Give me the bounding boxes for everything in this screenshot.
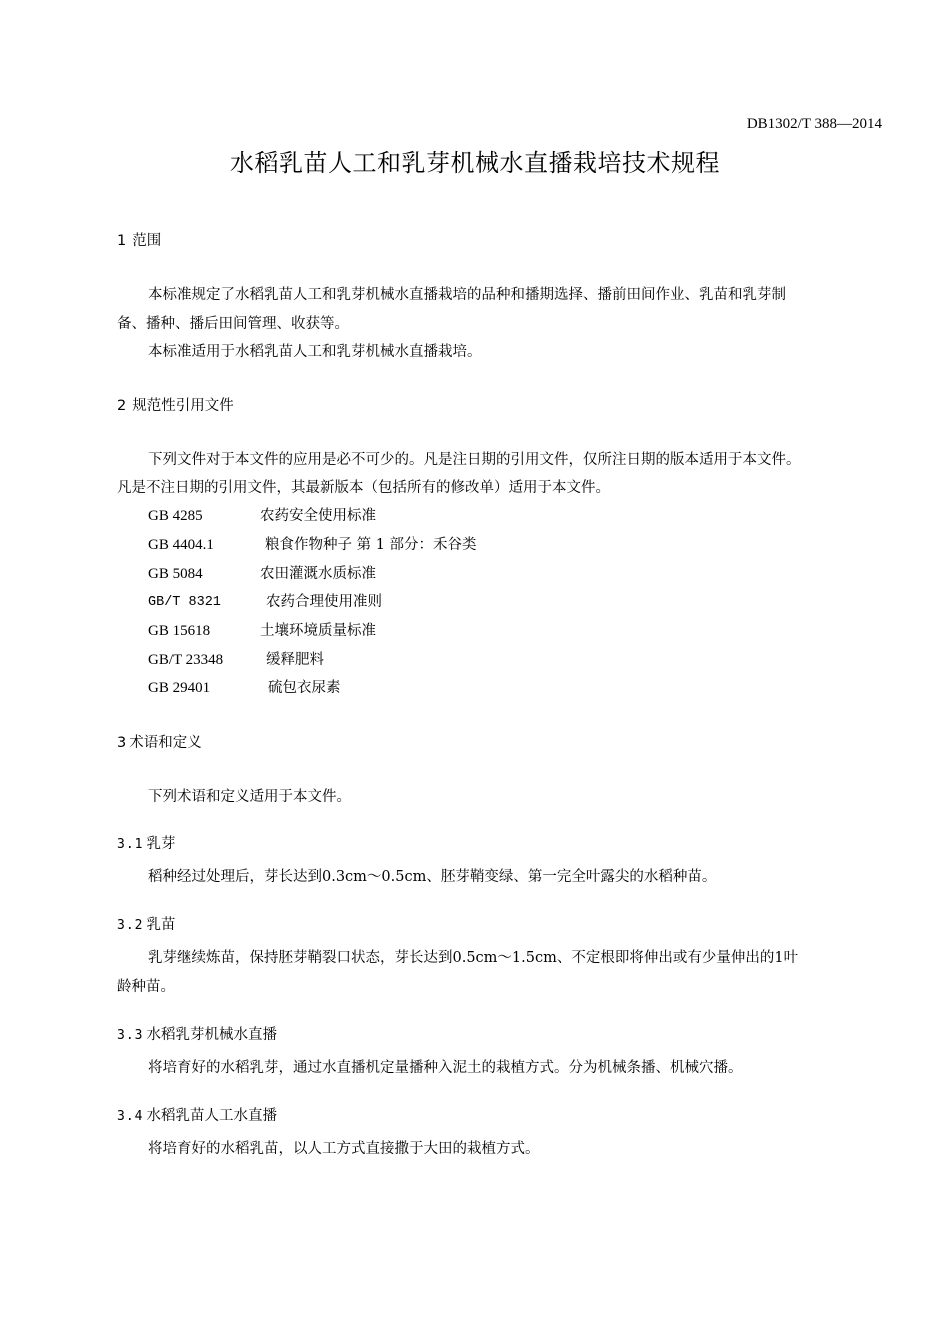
term-number: 3.3 [117,1028,143,1043]
term-definition: 将培育好的水稻乳芽，通过水直播机定量播种入泥土的栽植方式。分为机械条播、机械穴播… [148,1058,743,1078]
paragraph: 下列术语和定义适用于本文件。 [148,787,351,807]
reference-title: 缓释肥料 [266,650,324,670]
term-3-4-heading: 3.4水稻乳苗人工水直播 [117,1106,277,1127]
section-title: 术语和定义 [129,735,202,751]
reference-title: 农田灌溉水质标准 [260,564,376,584]
reference-title: 农药合理使用准则 [266,592,382,612]
term-definition: 将培育好的水稻乳苗，以人工方式直接撒于大田的栽植方式。 [148,1139,540,1159]
reference-code: GB 15618 [148,621,210,641]
section-number: 1 [117,233,126,249]
paragraph: 本标准适用于水稻乳苗人工和乳芽机械水直播栽培。 [148,342,482,362]
paragraph-continuation: 凡是不注日期的引用文件，其最新版本（包括所有的修改单）适用于本文件。 [117,478,610,498]
term-definition-continuation: 龄种苗。 [117,977,175,997]
term-title: 乳芽 [146,836,175,852]
reference-code: GB 29401 [148,678,210,698]
term-title: 乳苗 [146,917,175,933]
reference-code: GB 4404.1 [148,535,214,555]
term-title: 水稻乳苗人工水直播 [146,1108,277,1124]
paragraph-continuation: 备、播种、播后田间管理、收获等。 [117,314,349,334]
term-number: 3.1 [117,837,143,852]
term-definition: 乳芽继续炼苗，保持胚芽鞘裂口状态，芽长达到0.5cm～1.5cm、不定根即将伸出… [148,948,798,968]
reference-title: 农药安全使用标准 [260,506,376,526]
term-number: 3.2 [117,918,143,933]
standard-number: DB1302/T 388—2014 [747,114,882,134]
section-1-heading: 1范围 [117,231,161,251]
reference-title: 土壤环境质量标准 [260,621,376,641]
term-number: 3.4 [117,1109,143,1124]
document-title: 水稻乳苗人工和乳芽机械水直播栽培技术规程 [0,146,950,180]
paragraph: 本标准规定了水稻乳苗人工和乳芽机械水直播栽培的品种和播期选择、播前田间作业、乳苗… [148,285,786,305]
paragraph: 下列文件对于本文件的应用是必不可少的。凡是注日期的引用文件，仅所注日期的版本适用… [148,450,801,470]
section-3-heading: 3术语和定义 [117,733,202,753]
reference-code: GB/T 23348 [148,650,223,670]
section-number: 3 [117,735,126,751]
term-3-3-heading: 3.3水稻乳芽机械水直播 [117,1025,277,1046]
term-3-2-heading: 3.2乳苗 [117,915,175,936]
reference-title: 粮食作物种子 第 1 部分：禾谷类 [265,535,477,555]
term-title: 水稻乳芽机械水直播 [146,1027,277,1043]
reference-code: GB 4285 [148,506,203,526]
section-title: 规范性引用文件 [132,398,234,414]
term-definition: 稻种经过处理后，芽长达到0.3cm～0.5cm、胚芽鞘变绿、第一完全叶露尖的水稻… [148,867,716,887]
reference-code: GB/T 8321 [148,593,221,613]
section-title: 范围 [132,233,161,249]
section-2-heading: 2规范性引用文件 [117,396,234,416]
reference-code: GB 5084 [148,564,203,584]
term-3-1-heading: 3.1乳芽 [117,834,175,855]
reference-title: 硫包衣尿素 [268,678,341,698]
section-number: 2 [117,398,126,414]
